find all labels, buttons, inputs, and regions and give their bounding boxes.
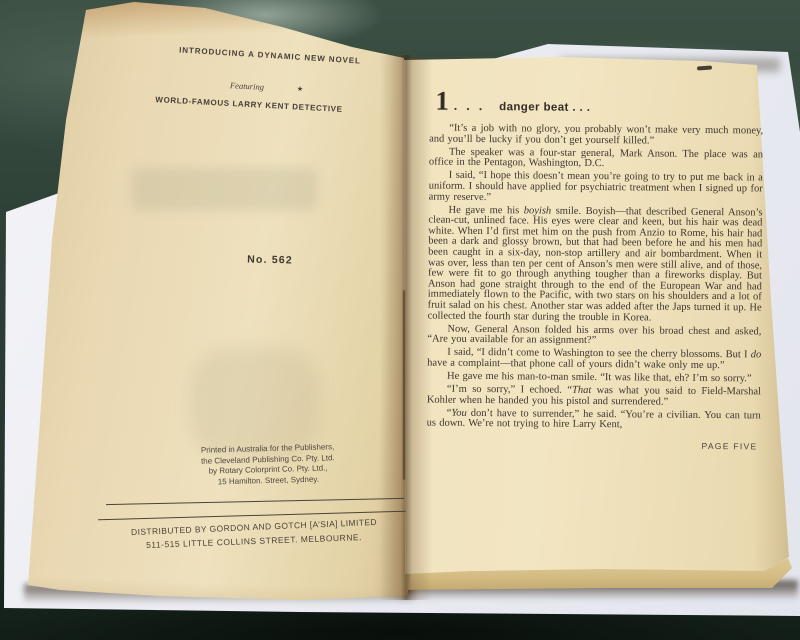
chapter-number: 1 [435,89,449,113]
paragraph: The speaker was a four-star general, Mar… [429,147,763,171]
printer-imprint-block: Printed in Australia for the Publishers,… [147,441,388,489]
show-through-ghost [190,348,320,458]
chapter-dots: . . . [454,98,485,114]
paragraph: “You don’t have to surrender,” he said. … [427,408,761,432]
chapter-heading: 1 . . . danger beat . . . [435,89,761,117]
paragraph: I said, “I hope this doesn’t mean you’re… [429,171,763,206]
body-paragraphs: “It’s a job with no glory, you probably … [427,124,764,433]
chapter-title: danger beat . . . [499,101,590,114]
show-through-ghost [132,168,317,210]
paragraph: “It’s a job with no glory, you probably … [429,124,763,148]
paragraph: He gave me his boyish smile. Boyish—that… [428,205,763,324]
paragraph: He gave me his man-to-man smile. “It was… [427,372,761,386]
star-icon: ★ [293,85,307,94]
paragraph: “I’m so sorry,” I echoed. “That was what… [427,385,761,409]
chapter-text-block: 1 . . . danger beat . . . “It’s a job wi… [426,89,763,452]
paragraph: I said, “I didn’t come to Washington to … [427,348,761,372]
paragraph: Now, General Anson folded his arms over … [427,324,761,348]
gutter-crease-line [403,290,405,480]
